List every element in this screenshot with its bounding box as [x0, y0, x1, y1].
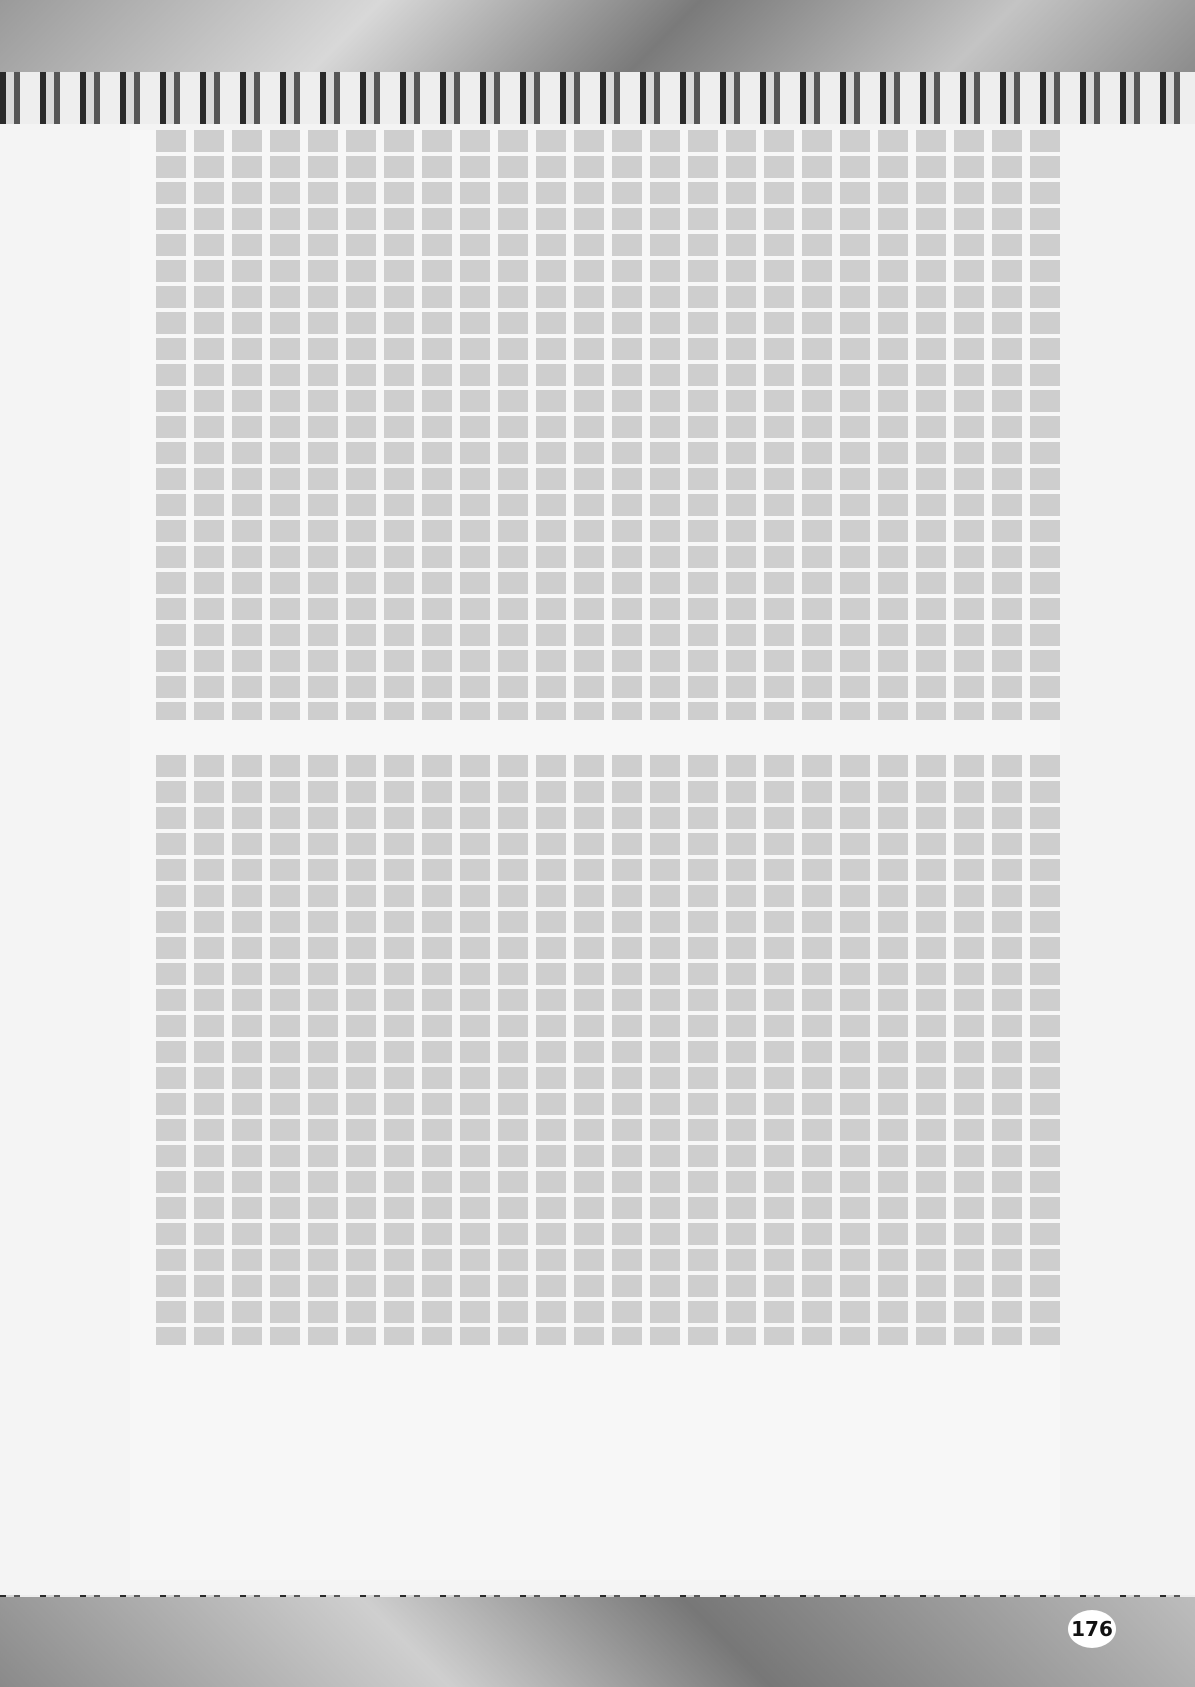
text-line [536, 130, 566, 720]
text-line [156, 130, 186, 720]
text-line [346, 130, 376, 720]
text-line [650, 755, 680, 1345]
text-line [308, 755, 338, 1345]
text-line [194, 130, 224, 720]
text-line [802, 755, 832, 1345]
text-line [726, 130, 756, 720]
text-line [650, 130, 680, 720]
text-line [726, 755, 756, 1345]
text-line [194, 755, 224, 1345]
text-line [1030, 130, 1060, 720]
text-line [802, 130, 832, 720]
text-columns-middle [130, 755, 1060, 1345]
text-line [916, 130, 946, 720]
text-line [232, 755, 262, 1345]
text-line [156, 755, 186, 1345]
text-line [422, 130, 452, 720]
text-line [422, 755, 452, 1345]
text-line [764, 130, 794, 720]
marble-texture-top [0, 0, 1195, 80]
text-line [840, 755, 870, 1345]
text-line [270, 755, 300, 1345]
text-line [612, 755, 642, 1345]
text-line [954, 130, 984, 720]
text-line [498, 130, 528, 720]
page-number: 176 [1068, 1610, 1116, 1648]
marble-texture-bottom [0, 1597, 1195, 1687]
ornament-border-top [0, 72, 1195, 124]
text-line [270, 130, 300, 720]
text-line [460, 130, 490, 720]
text-line [460, 755, 490, 1345]
text-line [384, 130, 414, 720]
text-line [308, 130, 338, 720]
text-line [764, 755, 794, 1345]
text-line [992, 130, 1022, 720]
text-line [878, 130, 908, 720]
text-line [384, 755, 414, 1345]
text-line [992, 755, 1022, 1345]
text-line [688, 755, 718, 1345]
text-line [954, 755, 984, 1345]
text-line [574, 130, 604, 720]
text-line [878, 755, 908, 1345]
text-line [916, 755, 946, 1345]
text-line [346, 755, 376, 1345]
text-line [232, 130, 262, 720]
text-line [498, 755, 528, 1345]
text-columns-upper [130, 130, 1060, 720]
text-line [536, 755, 566, 1345]
text-line [688, 130, 718, 720]
page-body [130, 130, 1060, 1580]
text-line [574, 755, 604, 1345]
text-line [1030, 755, 1060, 1345]
text-line [840, 130, 870, 720]
text-line [612, 130, 642, 720]
